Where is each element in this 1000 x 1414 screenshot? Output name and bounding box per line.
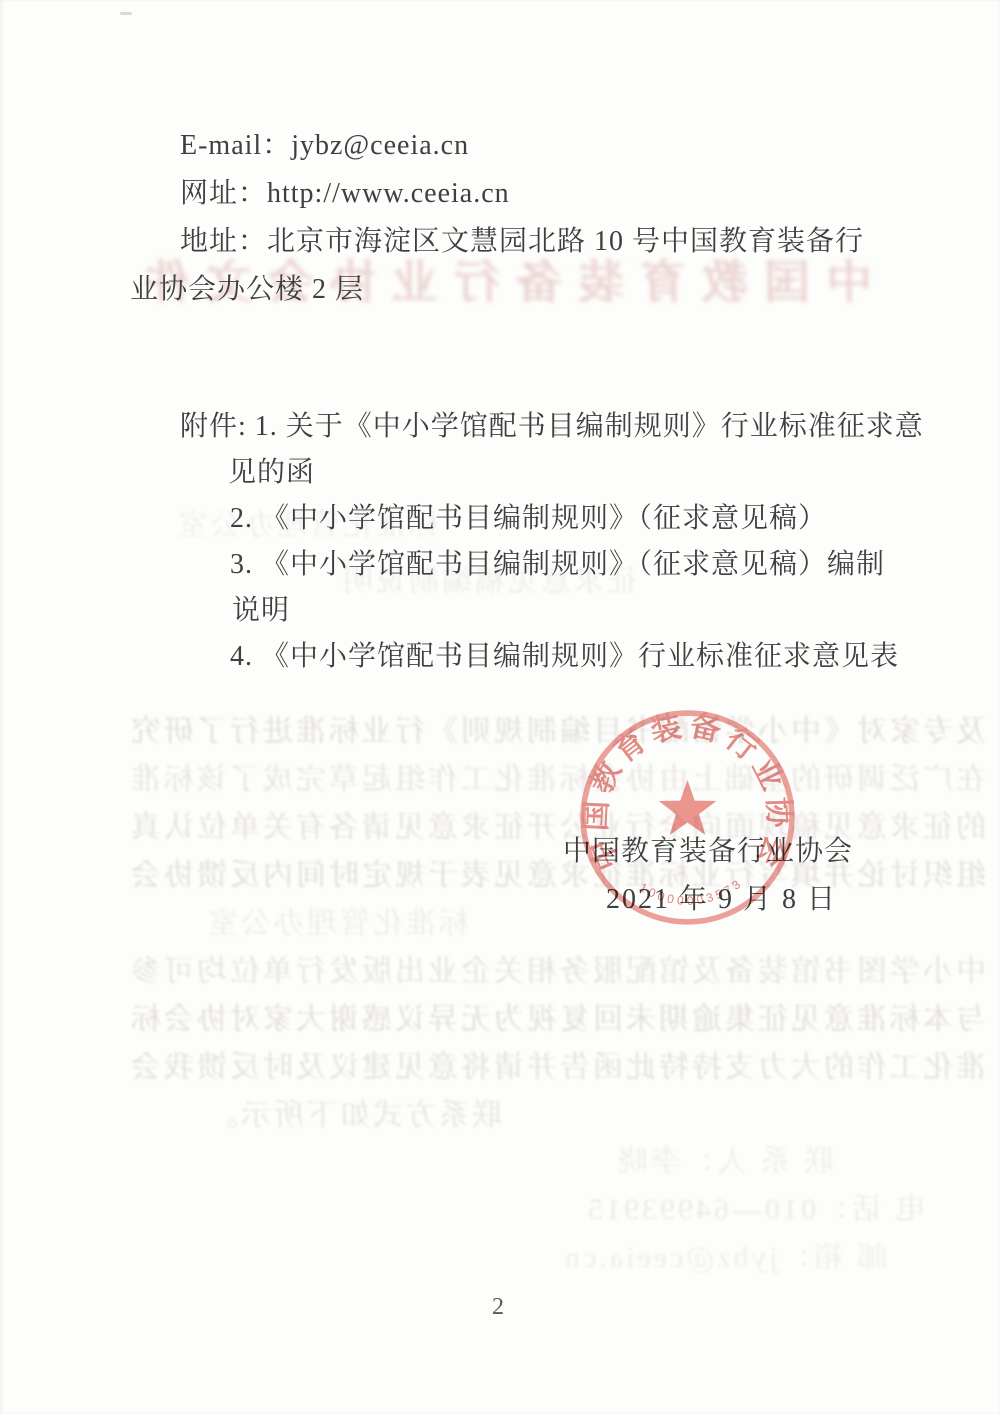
bleedthrough-line: 联系方式如下所示。: [205, 1090, 502, 1134]
bleedthrough-line: 邮 箱：jybz@ceeia.cn: [562, 1232, 887, 1276]
attachment-line-4: 4. 《中小学馆配书目编制规则》行业标准征求意见表: [230, 634, 900, 680]
bleedthrough-line: 准化工作的大力支持特此函告并请将意见建议及时反馈我会: [128, 1042, 986, 1086]
scan-speck: [120, 12, 132, 15]
bleedthrough-line: 的征求意见稿现面向全行业公开征求意见请各有关单位认真: [128, 802, 986, 846]
attachment-line-3: 3. 《中小学馆配书目编制规则》（征求意见稿）编制: [230, 542, 900, 588]
bleedthrough-line: 组织讨论并填写行业标准征求意见表于规定时间内反馈协会: [128, 850, 986, 894]
contact-block: E-mail：jybz@ceeia.cn 网址：http://www.ceeia…: [130, 122, 878, 314]
official-seal: 中国教育装备行业协会 110000003573: [576, 706, 799, 929]
bleedthrough-line: 及专家对《中小学馆配书目编制规则》行业标准进行了研究: [128, 706, 986, 750]
attachment-line-1-cont: 见的函: [228, 450, 900, 496]
attachments-block: 附件: 1. 关于《中小学馆配书目编制规则》行业标准征求意 见的函 2. 《中小…: [180, 404, 900, 680]
seal-star-icon: [659, 780, 717, 835]
scanned-document-page: 中国教育装备行业协会文件 及专家对《中小学馆配书目编制规则》行业标准进行了研究 …: [0, 0, 1000, 1414]
bleedthrough-line: 与本标准意见征集逾期未回复视为无异议感谢大家对协会标: [128, 994, 986, 1038]
bleedthrough-line: 联 系 人：李晓: [615, 1136, 834, 1180]
attachment-line-2: 2. 《中小学馆配书目编制规则》（征求意见稿）: [230, 496, 900, 542]
bleedthrough-line: 标准化管理办公室: [205, 898, 469, 942]
page-number: 2: [492, 1294, 504, 1321]
address-line: 地址：北京市海淀区文慧园北路 10 号中国教育装备行业协会办公楼 2 层: [130, 218, 878, 314]
attachment-line-1: 附件: 1. 关于《中小学馆配书目编制规则》行业标准征求意: [180, 404, 900, 450]
bleedthrough-line: 中小学图书馆装备及馆配服务相关企业出版发行单位均可参: [128, 946, 986, 990]
bleedthrough-line: 在广泛调研的基础上由协会标准化工作组起草完成了该标准: [128, 754, 986, 798]
email-line: E-mail：jybz@ceeia.cn: [130, 122, 878, 170]
bleedthrough-line: 电 话：010—64993915: [585, 1184, 926, 1228]
website-line: 网址：http://www.ceeia.cn: [130, 170, 878, 218]
attachment-line-3-cont: 说明: [232, 588, 900, 634]
